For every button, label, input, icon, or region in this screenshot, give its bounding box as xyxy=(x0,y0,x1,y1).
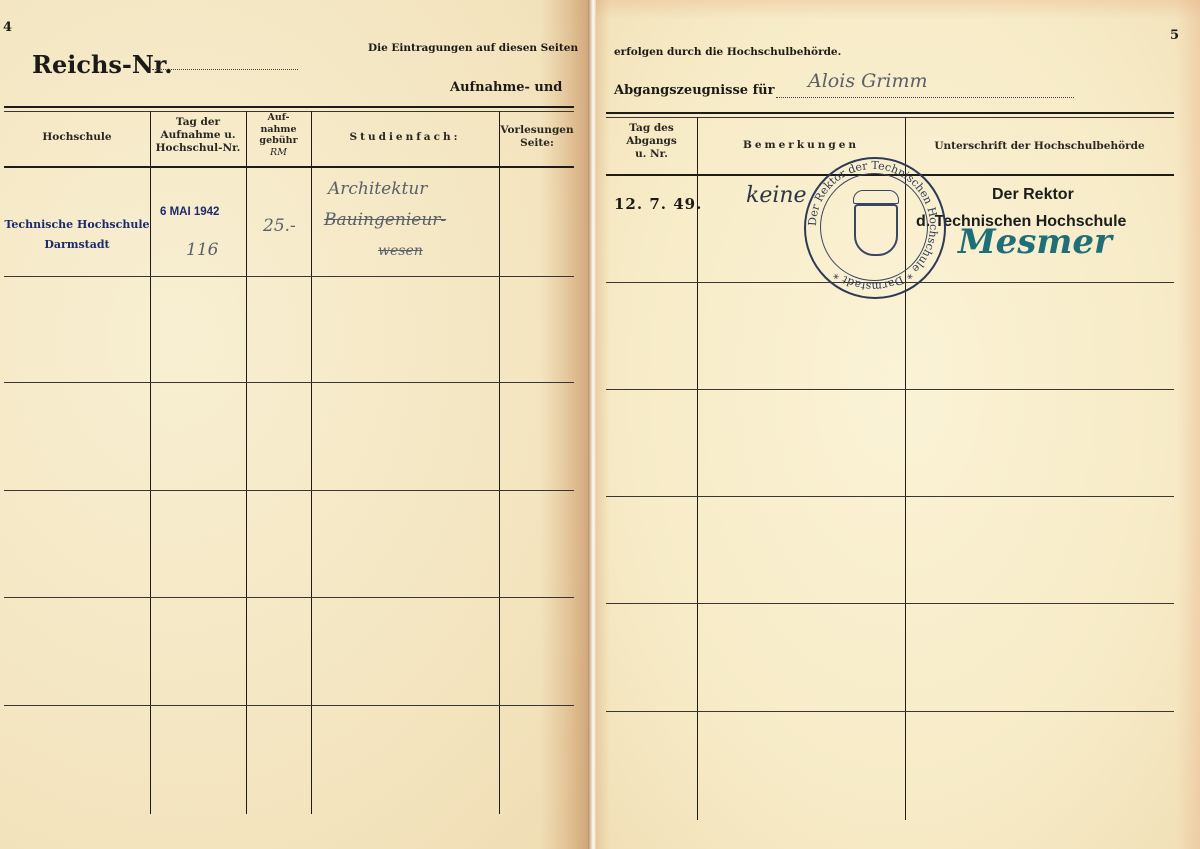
reichs-nr-label: Reichs-Nr. xyxy=(32,50,173,79)
right-page: 5 erfolgen durch die Hochschulbehörde. A… xyxy=(596,0,1200,849)
official-seal: Der Rektor der Technischen Hochschule * … xyxy=(804,157,946,299)
rektor-signature: Mesmer xyxy=(958,222,1112,262)
bemerkungen-value: keine xyxy=(746,183,807,208)
row-divider xyxy=(4,705,574,706)
column-divider xyxy=(246,111,247,814)
col-header-aufnahmegebuehr: Auf- nahme gebühr RM xyxy=(246,112,311,158)
aufnahme-gebuehr: 25.- xyxy=(263,216,296,236)
intro-text-right: erfolgen durch die Hochschulbehörde. xyxy=(614,46,841,58)
table-top-rule xyxy=(4,106,574,108)
header-bottom-rule xyxy=(4,166,574,168)
studienfach-struck-line2: wesen xyxy=(378,243,423,259)
aufnahme-date-stamp: 6 MAI 1942 xyxy=(160,206,219,218)
column-divider xyxy=(697,117,698,820)
row-divider xyxy=(4,276,574,277)
reichs-nr-field xyxy=(152,69,298,70)
section-title-left: Aufnahme- und xyxy=(450,80,562,95)
student-name: Alois Grimm xyxy=(808,70,927,92)
column-divider xyxy=(150,111,151,814)
row-divider xyxy=(4,490,574,491)
hochschul-nr: 116 xyxy=(186,240,218,260)
row-divider xyxy=(4,597,574,598)
section-title-right: Abgangszeugnisse für xyxy=(614,83,774,98)
row-divider xyxy=(4,382,574,383)
page-number-left: 4 xyxy=(3,20,12,35)
col-header-vorlesungen-seite: Vorlesungen Seite: xyxy=(499,124,575,150)
seal-inner-ring xyxy=(820,173,928,281)
left-page: 4 Reichs-Nr. Die Eintragungen auf diesen… xyxy=(0,0,590,849)
studienfach-value: Architektur xyxy=(328,179,427,199)
row-divider xyxy=(606,603,1174,604)
column-divider xyxy=(499,111,500,814)
abgang-date: 12. 7. 49. xyxy=(614,195,702,213)
col-header-hochschule: Hochschule xyxy=(4,131,150,144)
intro-text-left: Die Eintragungen auf diesen Seiten xyxy=(368,42,578,54)
page-number-right: 5 xyxy=(1170,28,1179,43)
studienfach-struck-line1: Bauingenieur- xyxy=(324,210,446,230)
column-divider xyxy=(311,111,312,814)
table-top-rule xyxy=(606,112,1174,114)
col-header-unterschrift: Unterschrift der Hochschulbehörde xyxy=(905,140,1174,153)
table-top-rule-thin xyxy=(606,117,1174,118)
student-name-field xyxy=(776,97,1074,98)
col-header-studienfach: Studienfach: xyxy=(311,131,499,144)
coat-of-arms-shield-icon xyxy=(854,204,898,256)
row-divider xyxy=(606,711,1174,712)
row-divider xyxy=(606,496,1174,497)
rektor-stamp-line1: Der Rektor xyxy=(992,186,1074,204)
col-header-bemerkungen: Bemerkungen xyxy=(697,139,905,152)
row-divider xyxy=(606,389,1174,390)
table-row-hochschule: Technische Hochschule Darmstadt xyxy=(4,215,150,255)
col-header-tag-der-aufnahme: Tag der Aufnahme u. Hochschul-Nr. xyxy=(150,116,246,155)
col-header-tag-des-abgangs: Tag des Abgangs u. Nr. xyxy=(606,122,697,161)
crown-icon xyxy=(853,190,899,204)
